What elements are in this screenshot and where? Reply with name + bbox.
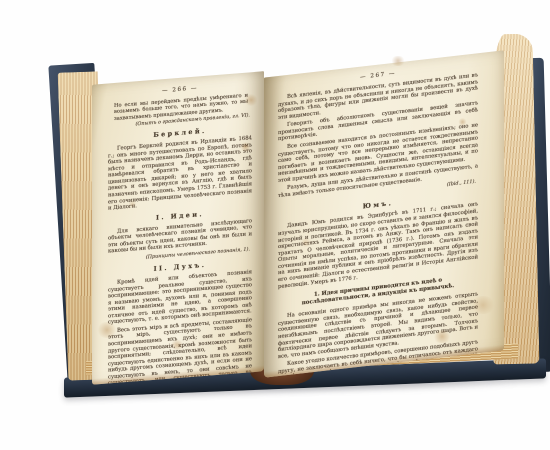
left-page-text: — 266 — Но если мы перейдемъ предѣлы умѣ… xyxy=(108,81,252,375)
right-page: — 267 — Всѣ явленія, въ дѣйствительности… xyxy=(264,50,504,377)
right-page-text: — 267 — Всѣ явленія, въ дѣйствительности… xyxy=(278,61,478,368)
book-photo: — 267 — Всѣ явленія, въ дѣйствительности… xyxy=(0,0,550,450)
left-page: — 266 — Но если мы перейдемъ предѣлы умѣ… xyxy=(92,71,264,385)
paragraph: Георгъ Берклей родился въ Ирландіи въ 16… xyxy=(108,135,252,212)
